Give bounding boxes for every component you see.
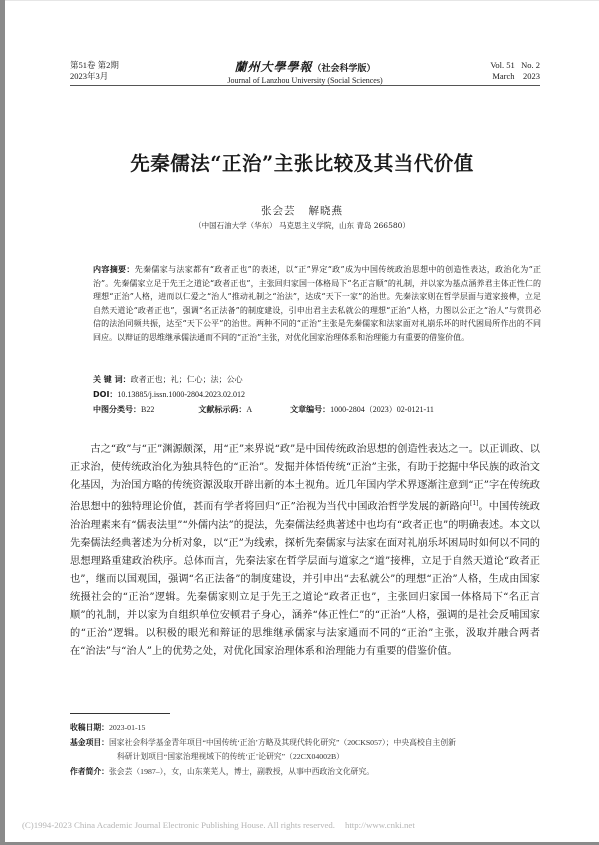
copyright-text: (C)1994-2023 China Academic Journal Elec… [22, 820, 335, 830]
article-no-value: 1000-2804（2023）02-0121-11 [330, 405, 434, 414]
doi-label: DOI： [93, 390, 117, 399]
header-right: Vol. 51 No. 2 March 2023 [490, 60, 540, 82]
running-header: 第51卷 第2期 2023年3月 蘭州大學學報（社会科学版） Journal o… [70, 60, 540, 86]
body-text: 古之“政”与“正”渊源颇深，用“正”来界说“政”是中国传统政治思想的创造性表达之… [70, 441, 540, 662]
abstract: 内容摘要：先秦儒家与法家都有“政者正也”的表述，以“正”界定“政”成为中国传统政… [93, 263, 541, 345]
classification-row: 中图分类号：B22文献标示码：A文章编号：1000-2804（2023）02-0… [93, 404, 434, 415]
cnki-link[interactable]: http://www.cnki.net [345, 820, 415, 830]
header-center: 蘭州大學學報（社会科学版） Journal of Lanzhou Univers… [70, 56, 540, 85]
abstract-label: 内容摘要： [93, 265, 135, 274]
received-label: 收稿日期： [70, 723, 109, 732]
author-bio-label: 作者简介： [70, 767, 109, 776]
citation-ref[interactable]: [1] [470, 500, 479, 507]
received-date: 2023-01-15 [109, 723, 145, 732]
fund-label: 基金项目： [70, 738, 109, 747]
journal-logo: 蘭州大學學報 [234, 60, 312, 74]
journal-name-en: Journal of Lanzhou University (Social Sc… [70, 76, 540, 85]
clc-value: B22 [141, 405, 154, 414]
doc-code-label: 文献标示码： [198, 405, 246, 414]
paragraph-text: 。中国传统政治治理素来有“儒表法里”“外儒内法”的提法，先秦儒法经典著述中也均有… [70, 502, 540, 658]
footnote-divider [70, 713, 170, 714]
article-authors: 张会芸 解晓燕 [5, 203, 599, 218]
copyright-footer: (C)1994-2023 China Academic Journal Elec… [22, 820, 415, 830]
doc-code-value: A [246, 405, 252, 414]
doi-value[interactable]: 10.13885/j.issn.1000-2804.2023.02.012 [117, 390, 245, 399]
fund-row: 基金项目：国家社会科学基金青年项目“中国传统‘正治’方略及其现代转化研究”（20… [70, 736, 456, 749]
author-bio-row: 作者简介：张会芸（1987–），女，山东莱芜人，博士，副教授，从事中西政治文化研… [70, 765, 374, 778]
keywords: 政者正也；礼；仁心；法；公心 [131, 375, 243, 384]
clc-label: 中图分类号： [93, 405, 141, 414]
received-date-row: 收稿日期：2023-01-15 [70, 721, 145, 734]
author-bio: 张会芸（1987–），女，山东莱芜人，博士，副教授，从事中西政治文化研究。 [109, 767, 374, 776]
date-en: March 2023 [490, 71, 540, 82]
doi-row: DOI：10.13885/j.issn.1000-2804.2023.02.01… [93, 389, 245, 400]
fund-line-1: 国家社会科学基金青年项目“中国传统‘正治’方略及其现代转化研究”（20CKS05… [109, 738, 456, 747]
body-paragraph: 古之“政”与“正”渊源颇深，用“正”来界说“政”是中国传统政治思想的创造性表达之… [70, 441, 540, 662]
volume-issue-en: Vol. 51 No. 2 [490, 60, 540, 71]
author-affiliation: （中国石油大学（华东） 马克思主义学院，山东 青岛 266580） [5, 220, 599, 231]
paper-page: 第51卷 第2期 2023年3月 蘭州大學學報（社会科学版） Journal o… [5, 0, 599, 842]
keywords-row: 关 键 词：政者正也；礼；仁心；法；公心 [93, 374, 243, 385]
keywords-label: 关 键 词： [93, 375, 131, 384]
article-title: 先秦儒法“正治”主张比较及其当代价值 [5, 148, 599, 176]
journal-edition: （社会科学版） [313, 64, 376, 74]
fund-line-2: 科研计划项目“国家治理视域下的传统‘正’论研究”（22CX04002B） [117, 750, 344, 763]
article-no-label: 文章编号： [290, 405, 330, 414]
abstract-text: 先秦儒家与法家都有“政者正也”的表述，以“正”界定“政”成为中国传统政治思想中的… [93, 265, 541, 342]
